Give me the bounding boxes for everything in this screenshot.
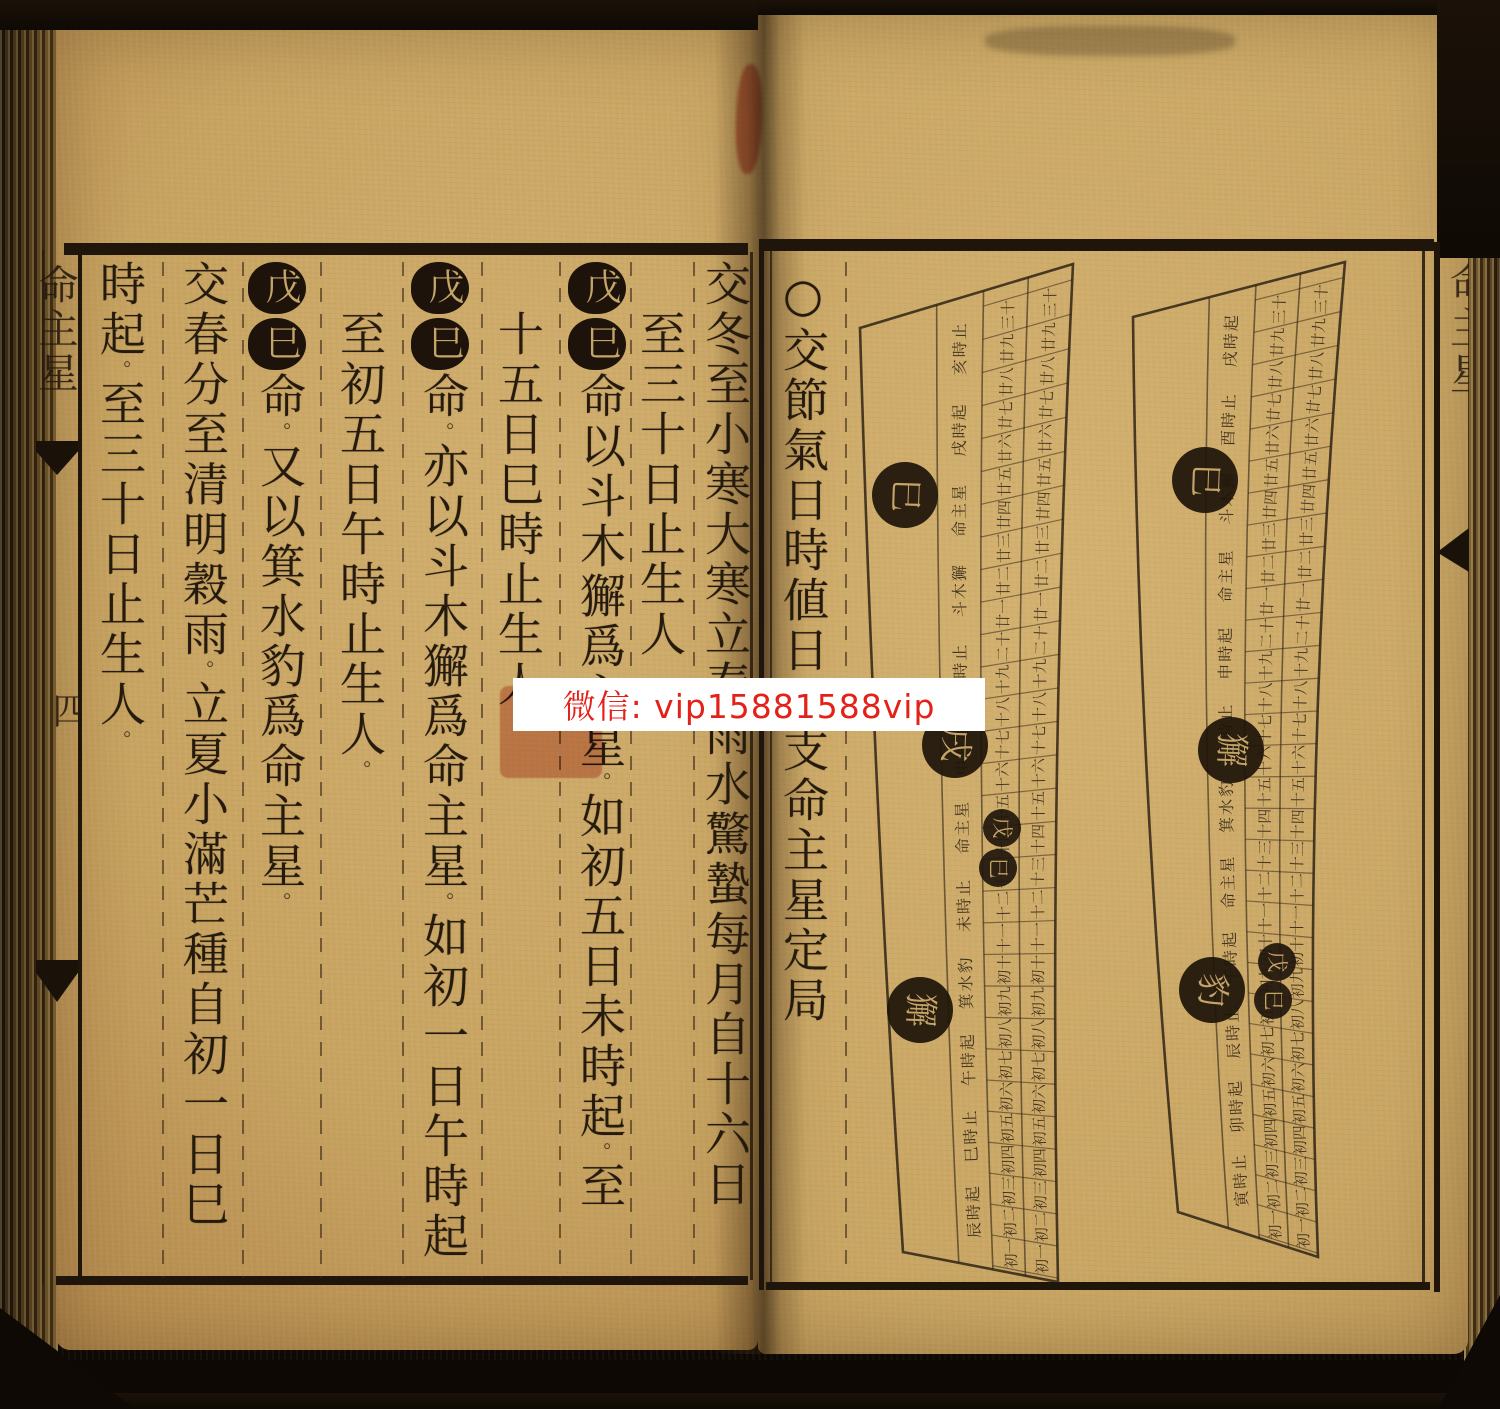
chart-day-number: 初六 bbox=[1289, 1062, 1307, 1093]
chart-day-number: 十八 bbox=[1257, 682, 1275, 712]
chart-day-number: 初四 bbox=[1261, 1118, 1280, 1149]
chart-day-number: 初十 bbox=[1029, 954, 1048, 984]
chart-day-number: 廿四 bbox=[1299, 483, 1319, 514]
chart-day-number: 十三 bbox=[1256, 840, 1275, 870]
circled-stem-branch: 巳 bbox=[411, 318, 469, 370]
column-divider bbox=[320, 262, 322, 1278]
chart-day-number: 十四 bbox=[1289, 809, 1308, 839]
chart-day-number: 三十 bbox=[1312, 284, 1331, 315]
chart-day-number: 初六 bbox=[998, 1081, 1016, 1112]
circled-stem-branch: 戊 bbox=[248, 262, 306, 314]
chart-day-number: 十九 bbox=[1257, 650, 1275, 680]
column-char: 人 bbox=[633, 610, 687, 660]
column-char: 起 bbox=[93, 310, 147, 360]
column-char: 時 bbox=[491, 510, 545, 560]
column-char: 立 bbox=[176, 680, 230, 730]
chart-hour-label: 申時起 bbox=[1216, 626, 1235, 680]
chart-day-number: 初九 bbox=[1029, 987, 1048, 1018]
chart-day-number: 初七 bbox=[1259, 1026, 1277, 1056]
chart-day-number: 廿四 bbox=[995, 500, 1014, 531]
chart-day-number: 廿八 bbox=[1307, 351, 1327, 382]
chart-day-number: 初二 bbox=[1032, 1212, 1052, 1243]
column-char: 日 bbox=[633, 460, 687, 510]
chart-day-number: 廿六 bbox=[1264, 424, 1283, 455]
chart-hour-label: 午時起 bbox=[958, 1032, 979, 1087]
column-char: 小 bbox=[698, 410, 752, 460]
chart-day-number: 初五 bbox=[1030, 1116, 1049, 1147]
chart-day-number: 二十 bbox=[1031, 625, 1050, 656]
column-char: 爲 bbox=[573, 622, 627, 672]
chart-day-number: 廿一 bbox=[994, 599, 1013, 629]
column-char: 立 bbox=[698, 610, 752, 660]
chart-hour-label: 戌時起 bbox=[1221, 313, 1242, 368]
column-char: 一 bbox=[416, 1012, 470, 1062]
column-char: 生 bbox=[633, 560, 687, 610]
chart-day-number: 廿二 bbox=[1259, 554, 1278, 584]
column-char: 水 bbox=[698, 760, 752, 810]
left-page-left-rule bbox=[78, 250, 82, 1282]
column-char: 木 bbox=[416, 592, 470, 642]
chart-day-number: 初四 bbox=[1291, 1125, 1310, 1155]
column-char: 至 bbox=[333, 310, 387, 360]
chart-day-number: 廿六 bbox=[1303, 417, 1322, 449]
chart-day-number: 十五 bbox=[1256, 777, 1274, 807]
chart-day-number: 初八 bbox=[1029, 1019, 1048, 1049]
chart-day-number: 初七 bbox=[1289, 1031, 1307, 1061]
column-char: 日 bbox=[573, 942, 627, 992]
chart-star-circle-char: 獬 bbox=[899, 992, 940, 1027]
column-char: 巳 bbox=[491, 460, 545, 510]
circled-stem-branch: 戊 bbox=[568, 262, 626, 314]
column-char: 以 bbox=[416, 492, 470, 542]
reading-circle-mark: 。 bbox=[588, 1142, 612, 1162]
column-char: 清 bbox=[176, 460, 230, 510]
column-char: 命 bbox=[416, 742, 470, 792]
chart-day-number: 廿九 bbox=[1040, 322, 1059, 352]
text-column: 交春分至清明穀雨。立夏小滿芒種自初一日巳 bbox=[172, 260, 234, 1290]
chart-day-number: 廿五 bbox=[1035, 457, 1054, 488]
column-char: 自 bbox=[698, 1010, 752, 1060]
chart-day-number: 廿二 bbox=[1296, 550, 1315, 581]
column-char: 午 bbox=[333, 510, 387, 560]
chart-day-number: 初二 bbox=[1263, 1178, 1283, 1209]
chart-day-number: 初三 bbox=[1032, 1180, 1050, 1210]
column-char: 如 bbox=[573, 792, 627, 842]
text-column: 戊巳命。又以箕水豹爲命主星。 bbox=[249, 260, 311, 1290]
chart-day-number: 初四 bbox=[999, 1144, 1018, 1174]
chart-hour-label: 命主星 bbox=[1216, 548, 1235, 602]
chart-day-number: 廿八 bbox=[1266, 360, 1286, 391]
column-char: 生 bbox=[491, 610, 545, 660]
column-char: 生 bbox=[333, 660, 387, 710]
chart-day-number: 十五 bbox=[1289, 777, 1307, 807]
chart-day-number: 十一 bbox=[1256, 902, 1274, 932]
chart-day-number: 廿九 bbox=[1309, 317, 1329, 348]
left-margin-title: 命主星 bbox=[34, 264, 78, 396]
chart-day-number: 初三 bbox=[1292, 1156, 1310, 1186]
chart-day-number: 十七 bbox=[994, 729, 1013, 759]
column-char: 時 bbox=[93, 260, 147, 310]
reading-circle-mark: 。 bbox=[431, 422, 455, 442]
chart-day-number: 廿七 bbox=[1264, 392, 1284, 423]
column-char: 月 bbox=[698, 960, 752, 1010]
column-char: 十 bbox=[698, 1060, 752, 1110]
chart-mini-circle-char: 巳 bbox=[986, 858, 1010, 879]
chart-day-number: 廿四 bbox=[1034, 491, 1053, 522]
chart-day-number: 十二 bbox=[1256, 871, 1275, 902]
chart-day-number: 十五 bbox=[1030, 791, 1048, 821]
circled-stem-branch: 巳 bbox=[248, 318, 306, 370]
right-page-top-rule bbox=[762, 239, 1434, 251]
chart-day-number: 廿二 bbox=[1033, 558, 1051, 588]
column-char: 交 bbox=[698, 260, 752, 310]
column-char: 斗 bbox=[573, 472, 627, 522]
column-char: 午 bbox=[416, 1112, 470, 1162]
column-char: 五 bbox=[491, 360, 545, 410]
chart-star-circle-char: 戌 bbox=[934, 727, 975, 762]
chart-day-number: 十六 bbox=[994, 761, 1013, 793]
column-char: 自 bbox=[176, 980, 230, 1030]
column-char: 三 bbox=[93, 430, 147, 480]
chart-day-number: 初二 bbox=[1000, 1207, 1020, 1238]
column-char: 日 bbox=[491, 410, 545, 460]
chart-hour-label: 未時止 bbox=[954, 878, 974, 932]
column-char: 亦 bbox=[416, 442, 470, 492]
column-char: 夏 bbox=[176, 730, 230, 780]
chart-star-circle-char: 巳 bbox=[884, 477, 925, 512]
chart-day-number: 二十 bbox=[994, 631, 1013, 662]
column-char: 小 bbox=[176, 780, 230, 830]
wechat-watermark: 微信: vip15881588vip bbox=[513, 678, 985, 731]
column-char: 獬 bbox=[573, 572, 627, 622]
chart-star-circle-char: 巳 bbox=[1184, 462, 1225, 497]
chart-day-number: 十九 bbox=[1031, 659, 1049, 689]
chart-day-number: 初一 bbox=[1001, 1238, 1020, 1269]
fishtail-mark-lower bbox=[36, 960, 78, 1002]
right-page-column-divider bbox=[845, 262, 847, 1276]
chart-day-number: 廿六 bbox=[1037, 423, 1055, 454]
column-char: 主 bbox=[416, 792, 470, 842]
chart-hour-label: 命主星 bbox=[1218, 855, 1238, 909]
column-char: 箕 bbox=[253, 542, 307, 592]
column-char: 交 bbox=[176, 260, 230, 310]
chart-day-number: 二十 bbox=[1257, 618, 1277, 649]
chart-day-number: 廿三 bbox=[1260, 522, 1278, 552]
column-char: 穀 bbox=[176, 560, 230, 610]
reading-circle-mark: 。 bbox=[348, 760, 372, 780]
left-fold-margin: 命主星 四 bbox=[34, 258, 78, 1288]
column-char: 十 bbox=[491, 310, 545, 360]
column-char: 爲 bbox=[416, 692, 470, 742]
chart-day-number: 廿九 bbox=[998, 334, 1016, 364]
column-char: 止 bbox=[333, 610, 387, 660]
column-char: 日 bbox=[698, 1160, 752, 1210]
text-column: 至三十日止生人 bbox=[629, 260, 691, 1340]
column-char: 止 bbox=[491, 560, 545, 610]
chart-mini-circle-char: 戊 bbox=[990, 818, 1014, 839]
chart-hour-label: 卯時起 bbox=[1226, 1079, 1248, 1134]
chart-day-number: 初七 bbox=[997, 1050, 1015, 1080]
chart-hour-label: 斗木獬 bbox=[950, 563, 969, 617]
column-char: 每 bbox=[698, 910, 752, 960]
column-char: 主 bbox=[253, 792, 307, 842]
left-page-top-rule bbox=[64, 243, 748, 255]
column-char: 巳 bbox=[176, 1180, 230, 1230]
column-char: 至 bbox=[93, 380, 147, 430]
chart-day-number: 初六 bbox=[1260, 1056, 1278, 1087]
chart-day-number: 廿八 bbox=[997, 367, 1016, 398]
chart-day-number: 十八 bbox=[1291, 680, 1310, 711]
column-char: 三 bbox=[633, 360, 687, 410]
text-column: 戊巳命。亦以斗木獬爲命主星。如初一日午時起 bbox=[412, 260, 474, 1290]
column-char: 以 bbox=[573, 422, 627, 472]
book-scan-photo: 命主星 四 交冬至小寒大寒立春雨水驚蟄每月自十六日至三十日止生人戊巳命以斗木獬爲… bbox=[0, 0, 1500, 1409]
column-char: 初 bbox=[176, 1030, 230, 1080]
chart-day-number: 十七 bbox=[1030, 725, 1049, 756]
column-char: 十 bbox=[633, 410, 687, 460]
chart-day-number: 十六 bbox=[1290, 744, 1308, 775]
chart-star-circle-char: 豹 bbox=[1191, 972, 1232, 1007]
column-char: 命 bbox=[253, 372, 307, 422]
chart-hour-label: 巳時止 bbox=[960, 1108, 981, 1163]
column-char: 止 bbox=[93, 580, 147, 630]
chart-day-number: 廿三 bbox=[995, 533, 1014, 563]
chart-hour-label: 箕水豹 bbox=[1217, 779, 1237, 833]
column-char: 日 bbox=[93, 530, 147, 580]
column-char: 星 bbox=[416, 842, 470, 892]
column-divider bbox=[162, 262, 164, 1278]
chart-day-number: 初五 bbox=[1290, 1094, 1309, 1125]
column-char: 木 bbox=[573, 522, 627, 572]
chart-day-number: 廿五 bbox=[1301, 450, 1321, 481]
column-char: 至 bbox=[176, 410, 230, 460]
column-char: 滿 bbox=[176, 830, 230, 880]
chart-day-number: 三十 bbox=[1041, 288, 1059, 318]
column-char: 六 bbox=[698, 1110, 752, 1160]
chart-day-number: 廿八 bbox=[1038, 356, 1057, 387]
column-char: 種 bbox=[176, 930, 230, 980]
right-page-left-rule-outer bbox=[759, 239, 764, 1290]
column-char: 初 bbox=[416, 962, 470, 1012]
column-char: 獬 bbox=[416, 642, 470, 692]
column-char: 時 bbox=[573, 1042, 627, 1092]
column-char: 星 bbox=[253, 842, 307, 892]
column-char: 五 bbox=[573, 892, 627, 942]
column-char: 冬 bbox=[698, 310, 752, 360]
chart-day-number: 初八 bbox=[996, 1018, 1015, 1049]
chart-hour-label: 箕水豹 bbox=[956, 955, 976, 1010]
chart-day-number: 初六 bbox=[1030, 1083, 1049, 1114]
reading-circle-mark: 。 bbox=[431, 892, 455, 912]
chart-day-number: 廿五 bbox=[1262, 457, 1281, 488]
chart-day-number: 十八 bbox=[994, 697, 1012, 727]
chart-day-number: 十一 bbox=[1029, 922, 1047, 952]
column-char: 蟄 bbox=[698, 860, 752, 910]
chart-day-number: 廿二 bbox=[995, 566, 1013, 596]
chart-day-number: 廿四 bbox=[1261, 490, 1281, 521]
column-char: 一 bbox=[176, 1080, 230, 1130]
circled-stem-branch: 巳 bbox=[568, 318, 626, 370]
column-char: 五 bbox=[333, 410, 387, 460]
column-char: 分 bbox=[176, 360, 230, 410]
chart-day-number: 十六 bbox=[1030, 757, 1049, 788]
cover-top-right bbox=[758, 0, 1500, 15]
chart-day-number: 廿一 bbox=[1294, 582, 1314, 613]
chart-star-circle-char: 獬 bbox=[1210, 732, 1251, 767]
chart-day-number: 初十 bbox=[995, 955, 1013, 985]
chart-hour-label: 命主星 bbox=[950, 483, 969, 537]
column-char: 水 bbox=[253, 592, 307, 642]
chart-day-number: 初一 bbox=[1033, 1244, 1052, 1275]
chart-hour-label: 命主星 bbox=[952, 800, 972, 854]
column-char: 寒 bbox=[698, 460, 752, 510]
reading-circle-mark: 。 bbox=[108, 360, 132, 380]
column-char: 雨 bbox=[176, 610, 230, 660]
right-header-column: ○交節氣日時値日干支命主星定局 bbox=[774, 268, 834, 1278]
chart-day-number: 初一 bbox=[1265, 1209, 1285, 1240]
chart-day-number: 十三 bbox=[1288, 841, 1307, 872]
watermark-text: 微信: vip15881588vip bbox=[563, 681, 936, 728]
column-char: 至 bbox=[573, 1162, 627, 1212]
column-char: 大 bbox=[698, 510, 752, 560]
chart-day-number: 十四 bbox=[1256, 809, 1274, 839]
chart-day-number: 廿七 bbox=[996, 400, 1015, 431]
chart-day-number: 十八 bbox=[1031, 692, 1049, 722]
column-char: 日 bbox=[416, 1062, 470, 1112]
reading-circle-mark: 。 bbox=[191, 660, 215, 680]
chart-hour-label: 辰時起 bbox=[963, 1184, 984, 1239]
text-column: 至初五日午時止生人。 bbox=[329, 260, 391, 1340]
chart-day-number: 十一 bbox=[995, 923, 1013, 953]
column-char: 春 bbox=[176, 310, 230, 360]
chart-day-number: 廿五 bbox=[996, 467, 1014, 497]
chart-day-number: 十三 bbox=[1029, 856, 1048, 887]
column-char: 日 bbox=[176, 1130, 230, 1180]
column-char: 爲 bbox=[253, 692, 307, 742]
column-char: 起 bbox=[573, 1092, 627, 1142]
chart-hour-label: 戌時起 bbox=[950, 402, 969, 456]
chart-day-number: 廿六 bbox=[996, 433, 1014, 464]
reading-circle-mark: 。 bbox=[108, 730, 132, 750]
chart-day-number: 三十 bbox=[999, 300, 1017, 330]
chart-day-number: 初五 bbox=[998, 1113, 1017, 1144]
chart-day-number: 廿九 bbox=[1268, 327, 1287, 358]
text-column: 時起。至三十日止生人。 bbox=[89, 260, 151, 1290]
ink-smudge bbox=[985, 26, 1235, 56]
column-divider bbox=[242, 262, 244, 1278]
chart-day-number: 廿三 bbox=[1298, 517, 1317, 547]
column-char: 以 bbox=[253, 492, 307, 542]
chart-day-number: 三十 bbox=[1270, 294, 1289, 324]
column-char: 至 bbox=[633, 310, 687, 360]
chart-hour-label: 亥時止 bbox=[950, 321, 969, 375]
column-char: 豹 bbox=[253, 642, 307, 692]
chart-day-number: 廿一 bbox=[1032, 592, 1051, 623]
column-char: 明 bbox=[176, 510, 230, 560]
column-char: 驚 bbox=[698, 810, 752, 860]
chart-day-number: 廿三 bbox=[1034, 525, 1052, 555]
column-char: 止 bbox=[633, 510, 687, 560]
chart-day-number: 初二 bbox=[1292, 1187, 1312, 1218]
column-char: 十 bbox=[93, 480, 147, 530]
column-divider bbox=[481, 262, 483, 1278]
column-divider bbox=[402, 262, 404, 1278]
column-char: 時 bbox=[333, 560, 387, 610]
fishtail-mark-upper bbox=[36, 441, 78, 475]
chart-day-number: 十二 bbox=[1288, 873, 1306, 903]
right-page-edges bbox=[1464, 210, 1500, 1390]
cover-top-left bbox=[0, 0, 758, 30]
column-char: 生 bbox=[93, 630, 147, 680]
left-page-number: 四 bbox=[36, 692, 78, 732]
chart-day-number: 廿一 bbox=[1258, 586, 1277, 617]
column-char: 起 bbox=[416, 1212, 470, 1262]
chart-day-number: 初五 bbox=[1260, 1087, 1280, 1118]
circled-stem-branch: 戊 bbox=[411, 262, 469, 314]
column-char: 日 bbox=[333, 460, 387, 510]
chart-day-number: 初九 bbox=[995, 986, 1014, 1017]
chart-day-number: 十二 bbox=[994, 891, 1013, 922]
column-char: 至 bbox=[698, 360, 752, 410]
cover-bottom bbox=[0, 1393, 1500, 1409]
cover-top-right-corner bbox=[1437, 0, 1500, 258]
chart-day-number: 初一 bbox=[1293, 1218, 1312, 1249]
chart-day-number: 十二 bbox=[1029, 889, 1048, 919]
chart-day-number: 二十 bbox=[1293, 615, 1313, 646]
column-char: 如 bbox=[416, 912, 470, 962]
column-char: 又 bbox=[253, 442, 307, 492]
column-char: 命 bbox=[416, 372, 470, 422]
column-char: 初 bbox=[333, 360, 387, 410]
chart-day-number: 十九 bbox=[994, 664, 1013, 694]
chart-day-number: 初四 bbox=[1031, 1148, 1049, 1178]
chart-day-number: 十七 bbox=[1290, 712, 1309, 743]
chart-day-number: 十四 bbox=[1029, 824, 1047, 854]
reading-circle-mark: 。 bbox=[268, 422, 292, 442]
chart-day-number: 初七 bbox=[1030, 1052, 1048, 1082]
chart-cell-line bbox=[1245, 776, 1316, 777]
chart-day-number: 廿七 bbox=[1037, 389, 1057, 420]
chart-day-number: 廿七 bbox=[1304, 384, 1325, 416]
chart-mini-circle-char: 戊 bbox=[1265, 952, 1289, 973]
column-char: 人 bbox=[93, 680, 147, 730]
mingzhuxing-chart: 三十廿九廿八廿七廿六廿五廿四廿三廿二廿一二十十九十八十七十六十五十四十三十二十一… bbox=[848, 252, 1448, 1300]
column-char: 未 bbox=[573, 992, 627, 1042]
column-char: 初 bbox=[573, 842, 627, 892]
column-char: 時 bbox=[416, 1162, 470, 1212]
chart-hour-label: 寅時止 bbox=[1229, 1152, 1251, 1207]
text-column: 交冬至小寒大寒立春雨水驚蟄每月自十六日 bbox=[694, 260, 756, 1290]
chart-day-number: 初三 bbox=[1000, 1176, 1018, 1206]
column-char: 芒 bbox=[176, 880, 230, 930]
column-char: 斗 bbox=[416, 542, 470, 592]
reading-circle-mark: 。 bbox=[268, 892, 292, 912]
chart-mini-circle-char: 巳 bbox=[1261, 990, 1285, 1011]
column-char: 命 bbox=[573, 372, 627, 422]
text-column: 十五日巳時止生人 bbox=[487, 260, 549, 1340]
column-char: 命 bbox=[253, 742, 307, 792]
column-char: 寒 bbox=[698, 560, 752, 610]
chart-day-number: 十一 bbox=[1288, 905, 1306, 935]
chart-day-number: 十九 bbox=[1293, 648, 1311, 678]
chart-hour-label: 酉時止 bbox=[1218, 392, 1238, 446]
chart-day-number: 初三 bbox=[1263, 1149, 1282, 1179]
column-char: 人 bbox=[333, 710, 387, 760]
